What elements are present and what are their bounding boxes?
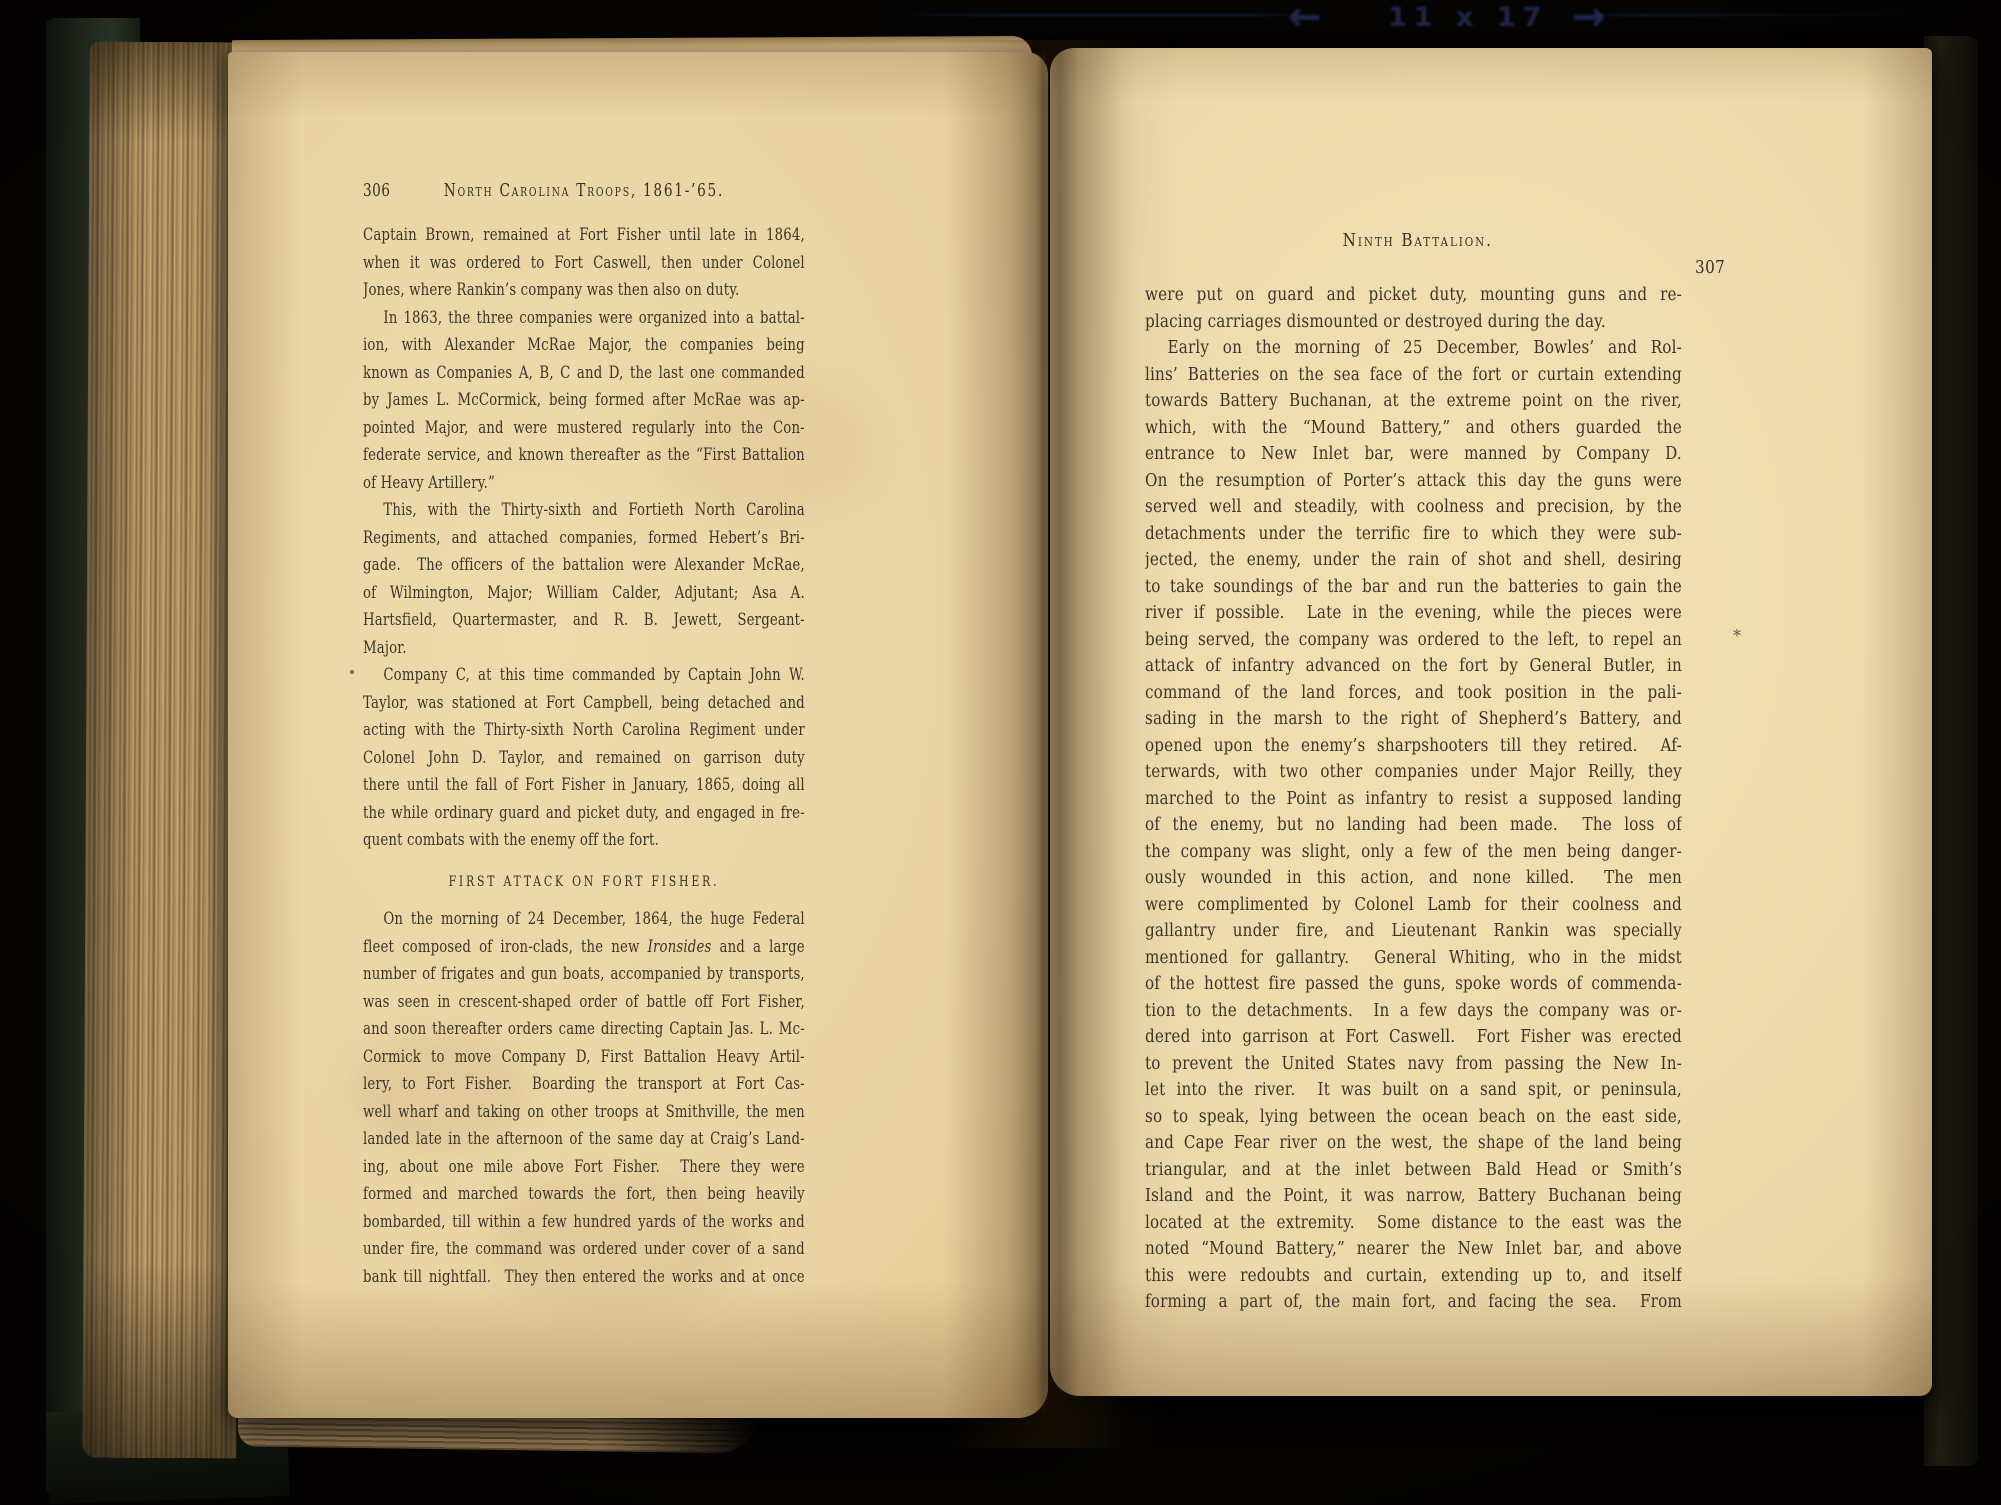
text-line: This, with the Thirty-sixth and Fortieth… [363, 497, 805, 525]
text-line: tion to the detachments. In a few days t… [1145, 998, 1682, 1025]
text-line: ously wounded in this action, and none k… [1145, 865, 1682, 892]
text-line: placing carriages dismounted or destroye… [1145, 309, 1682, 336]
text-line: under fire, the command was ordered unde… [363, 1236, 805, 1264]
text-line: command of the land forces, and took pos… [1145, 680, 1682, 707]
text-line: triangular, and at the inlet between Bal… [1145, 1157, 1682, 1184]
scanner-size-label: 11 x 17 [1388, 2, 1548, 33]
right-page-text: were put on guard and picket duty, mount… [1145, 282, 1682, 1316]
text-line: On the morning of 24 December, 1864, the… [363, 906, 805, 934]
book-cover-right [1924, 36, 1978, 1466]
text-line: there until the fall of Fort Fisher in J… [363, 772, 805, 800]
scanned-book-spread: ← 11 x 17 → 306 North Carolina Troops, 1… [0, 0, 2001, 1505]
scanner-right-arrow-icon: → [1572, 0, 1606, 40]
margin-asterisk: * [1733, 626, 1741, 645]
text-line: which, with the “Mound Battery,” and oth… [1145, 415, 1682, 442]
text-line: this were redoubts and curtain, extendin… [1145, 1263, 1682, 1290]
text-line: well wharf and taking on other troops at… [363, 1099, 805, 1127]
text-line: Taylor, was stationed at Fort Campbell, … [363, 690, 805, 718]
text-line: pointed Major, and were mustered regular… [363, 415, 805, 443]
margin-speck [350, 670, 354, 674]
text-line: Regiments, and attached companies, forme… [363, 525, 805, 553]
text-line: located at the extremity. Some distance … [1145, 1210, 1682, 1237]
text-line: In 1863, the three companies were organi… [363, 305, 805, 333]
gutter-crease [1041, 52, 1045, 1412]
left-page-text: Captain Brown, remained at Fort Fisher u… [363, 222, 805, 1291]
text-line: the while ordinary guard and picket duty… [363, 800, 805, 828]
text-line: formed and marched towards the fort, the… [363, 1181, 805, 1209]
text-line: Jones, where Rankin’s company was then a… [363, 277, 805, 305]
text-line: sading in the marsh to the right of Shep… [1145, 706, 1682, 733]
text-line: mentioned for gallantry. General Whiting… [1145, 945, 1682, 972]
text-line: Colonel John D. Taylor, and remained on … [363, 745, 805, 773]
text-line: was seen in crescent-shaped order of bat… [363, 989, 805, 1017]
text-line: and soon thereafter orders came directin… [363, 1016, 805, 1044]
section-heading: FIRST ATTACK ON FORT FISHER. [363, 869, 805, 897]
text-line: of Wilmington, Major; William Calder, Ad… [363, 580, 805, 608]
text-line: known as Companies A, B, C and D, the la… [363, 360, 805, 388]
text-line: fleet composed of iron-clads, the new Ir… [363, 934, 805, 962]
text-line: and Cape Fear river on the west, the sha… [1145, 1130, 1682, 1157]
right-page: * Ninth Battalion. 307 were put on guard… [1050, 48, 1932, 1396]
page-edges-left [82, 42, 243, 1459]
text-line: forming a part of, the main fort, and fa… [1145, 1289, 1682, 1316]
text-line: Hartsfield, Quartermaster, and R. B. Jew… [363, 607, 805, 635]
text-line: served well and steadily, with coolness … [1145, 494, 1682, 521]
text-line: Captain Brown, remained at Fort Fisher u… [363, 222, 805, 250]
text-line: so to speak, lying between the ocean bea… [1145, 1104, 1682, 1131]
text-line: gallantry under fire, and Lieutenant Ran… [1145, 918, 1682, 945]
running-head: 306 North Carolina Troops, 1861-’65. [363, 178, 805, 204]
text-line: lins’ Batteries on the sea face of the f… [1145, 362, 1682, 389]
text-line: federate service, and known thereafter a… [363, 442, 805, 470]
running-title: Ninth Battalion. [1145, 228, 1725, 255]
text-line: the company was slight, only a few of th… [1145, 839, 1682, 866]
text-line: gade. The officers of the battalion were… [363, 552, 805, 580]
text-line: by James L. McCormick, being formed afte… [363, 387, 805, 415]
text-line: Company C, at this time commanded by Cap… [363, 662, 805, 690]
text-line: of Heavy Artillery.” [363, 470, 805, 498]
text-line: number of frigates and gun boats, accomp… [363, 961, 805, 989]
text-line: Island and the Point, it was narrow, Bat… [1145, 1183, 1682, 1210]
running-title: North Carolina Troops, 1861-’65. [363, 178, 805, 206]
text-line: opened upon the enemy’s sharpshooters ti… [1145, 733, 1682, 760]
text-line: Cormick to move Company D, First Battali… [363, 1044, 805, 1072]
left-page: 306 North Carolina Troops, 1861-’65. Cap… [228, 52, 1048, 1418]
text-line: attack of infantry advanced on the fort … [1145, 653, 1682, 680]
text-line: bombarded, till within a few hundred yar… [363, 1209, 805, 1237]
running-head: Ninth Battalion. 307 [1145, 228, 1725, 254]
text-line: On the resumption of Porter’s attack thi… [1145, 468, 1682, 495]
text-line: quent combats with the enemy off the for… [363, 827, 805, 855]
text-line: dered into garrison at Fort Caswell. For… [1145, 1024, 1682, 1051]
page-number: 307 [1695, 255, 1725, 282]
text-line: ion, with Alexander McRae Major, the com… [363, 332, 805, 360]
text-line: Early on the morning of 25 December, Bow… [1145, 335, 1682, 362]
text-line: were complimented by Colonel Lamb for th… [1145, 892, 1682, 919]
text-line: towards Battery Buchanan, at the extreme… [1145, 388, 1682, 415]
text-line: bank till nightfall. They then entered t… [363, 1264, 805, 1292]
text-line: jected, the enemy, under the rain of sho… [1145, 547, 1682, 574]
text-line: being served, the company was ordered to… [1145, 627, 1682, 654]
text-line: to take soundings of the bar and run the… [1145, 574, 1682, 601]
text-line: when it was ordered to Fort Caswell, the… [363, 250, 805, 278]
text-line: were put on guard and picket duty, mount… [1145, 282, 1682, 309]
text-line: landed late in the afternoon of the same… [363, 1126, 805, 1154]
text-line: lery, to Fort Fisher. Boarding the trans… [363, 1071, 805, 1099]
text-line: of the hottest fire passed the guns, spo… [1145, 971, 1682, 998]
text-line: ing, about one mile above Fort Fisher. T… [363, 1154, 805, 1182]
text-line: terwards, with two other companies under… [1145, 759, 1682, 786]
text-line: noted “Mound Battery,” nearer the New In… [1145, 1236, 1682, 1263]
text-line: of the enemy, but no landing had been ma… [1145, 812, 1682, 839]
page-number: 306 [363, 178, 390, 206]
text-line: let into the river. It was built on a sa… [1145, 1077, 1682, 1104]
text-line: detachments under the terrific fire to w… [1145, 521, 1682, 548]
scanner-left-arrow-icon: ← [1288, 0, 1322, 40]
text-line: Major. [363, 635, 805, 663]
text-line: marched to the Point as infantry to resi… [1145, 786, 1682, 813]
text-line: to prevent the United States navy from p… [1145, 1051, 1682, 1078]
text-line: acting with the Thirty-sixth North Carol… [363, 717, 805, 745]
text-line: entrance to New Inlet bar, were manned b… [1145, 441, 1682, 468]
text-line: river if possible. Late in the evening, … [1145, 600, 1682, 627]
